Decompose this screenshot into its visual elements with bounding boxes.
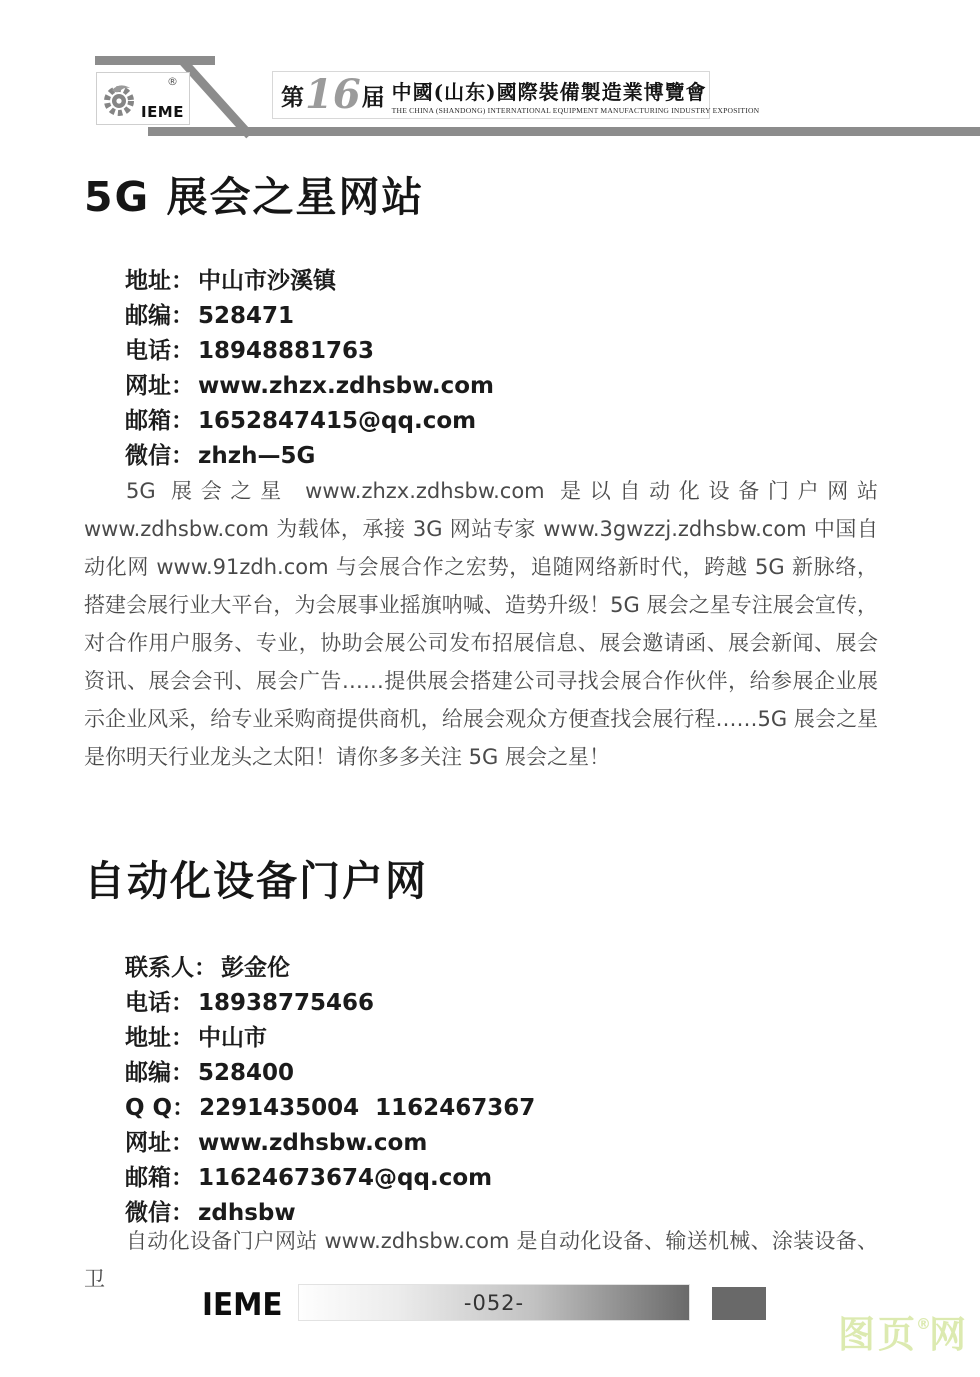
contact-value: 中山市 (198, 1025, 267, 1051)
registered-trademark-icon: ® (167, 75, 178, 88)
contact-value: 18948881763 (198, 338, 374, 364)
contact-value: 528400 (198, 1060, 294, 1086)
page-number: -052- (464, 1291, 524, 1315)
contact-value: 2291435004 1162467367 (199, 1095, 535, 1121)
watermark: 图页®网 (838, 1316, 969, 1353)
contact-row: 微信：zhzh—5G (125, 439, 494, 474)
contact-value: 18938775466 (198, 990, 374, 1016)
contact-colon: ： (171, 1060, 198, 1086)
contact-label: 电话 (125, 338, 171, 364)
contact-colon: ： (171, 303, 198, 329)
contact-value: 彭金伦 (221, 955, 290, 981)
contact-list-5g: 地址：中山市沙溪镇邮编：528471电话：18948881763网址：www.z… (125, 264, 494, 474)
contact-label: 邮编 (125, 1060, 171, 1086)
gear-icon (102, 82, 138, 118)
contact-value: 1652847415@qq.com (198, 408, 476, 434)
contact-value: 528471 (198, 303, 294, 329)
footer-brand: IEME (202, 1287, 283, 1323)
contact-label: 地址 (125, 1025, 171, 1051)
contact-row: 电话：18938775466 (125, 986, 535, 1021)
contact-colon: ： (171, 408, 198, 434)
contact-label: 网址 (125, 373, 171, 399)
watermark-text-left: 图页 (838, 1313, 918, 1356)
contact-row: 网址：www.zhzx.zdhsbw.com (125, 369, 494, 404)
ieme-logo: ® IEME (96, 72, 190, 125)
banner-titles: 中國(山东)國際裝備製造業博覽會 THE CHINA (SHANDONG) IN… (392, 76, 760, 115)
contact-colon: ： (171, 1130, 198, 1156)
contact-label: 联系人 (125, 955, 194, 981)
contact-label: Q Q (125, 1095, 172, 1121)
contact-colon: ： (171, 1165, 198, 1191)
contact-colon: ： (171, 338, 198, 364)
logo-text: IEME (141, 103, 184, 121)
contact-row: 邮箱：11624673674@qq.com (125, 1161, 535, 1196)
header-top-bar (95, 56, 215, 65)
edition-prefix: 第 (281, 79, 304, 112)
contact-value: 中山市沙溪镇 (198, 268, 336, 294)
contact-colon: ： (172, 1095, 199, 1121)
contact-value: 11624673674@qq.com (198, 1165, 492, 1191)
footer-gradient-bar: -052- (298, 1284, 690, 1321)
footer-square (712, 1287, 766, 1320)
contact-label: 电话 (125, 990, 171, 1016)
section-paragraph-5g: 5G 展会之星 www.zhzx.zdhsbw.com 是以自动化设备门户网站 … (84, 472, 878, 776)
contact-row: 地址：中山市沙溪镇 (125, 264, 494, 299)
contact-colon: ： (171, 373, 198, 399)
contact-colon: ： (171, 990, 198, 1016)
contact-list-zdh: 联系人：彭金伦电话：18938775466地址：中山市邮编：528400Q Q：… (125, 951, 535, 1231)
expo-title-chinese: 中國(山东)國際裝備製造業博覽會 (392, 76, 760, 105)
edition-numeral: 16 (305, 77, 361, 113)
contact-colon: ： (194, 955, 221, 981)
contact-row: 邮编：528400 (125, 1056, 535, 1091)
section-title-5g: 5G 展会之星网站 (84, 164, 424, 223)
contact-label: 邮编 (125, 303, 171, 329)
contact-label: 微信 (125, 443, 171, 469)
contact-row: 邮编：528471 (125, 299, 494, 334)
contact-value: www.zhzx.zdhsbw.com (198, 373, 494, 399)
contact-row: 联系人：彭金伦 (125, 951, 535, 986)
contact-colon: ： (171, 268, 198, 294)
contact-row: 邮箱：1652847415@qq.com (125, 404, 494, 439)
watermark-text-right: 网 (929, 1313, 969, 1356)
contact-colon: ： (171, 1025, 198, 1051)
contact-row: 网址：www.zdhsbw.com (125, 1126, 535, 1161)
contact-colon: ： (171, 443, 198, 469)
catalog-page: ® IEME 第 16 届 中國(山东)國際裝備製造業博覽會 THE CHINA… (0, 0, 980, 1377)
contact-label: 邮箱 (125, 408, 171, 434)
edition-number: 第 16 届 (281, 77, 385, 113)
contact-label: 地址 (125, 268, 171, 294)
section-title-zdh: 自动化设备门户网 (84, 848, 428, 907)
contact-label: 邮箱 (125, 1165, 171, 1191)
contact-row: 电话：18948881763 (125, 334, 494, 369)
contact-value: www.zdhsbw.com (198, 1130, 427, 1156)
edition-suffix: 届 (362, 79, 385, 112)
expo-banner: 第 16 届 中國(山东)國際裝備製造業博覽會 THE CHINA (SHAND… (272, 71, 710, 119)
header-bottom-bar (148, 127, 980, 136)
contact-value: zhzh—5G (198, 443, 315, 469)
contact-row: Q Q：2291435004 1162467367 (125, 1091, 535, 1126)
contact-label: 网址 (125, 1130, 171, 1156)
expo-title-english: THE CHINA (SHANDONG) INTERNATIONAL EQUIP… (392, 106, 760, 115)
contact-row: 地址：中山市 (125, 1021, 535, 1056)
